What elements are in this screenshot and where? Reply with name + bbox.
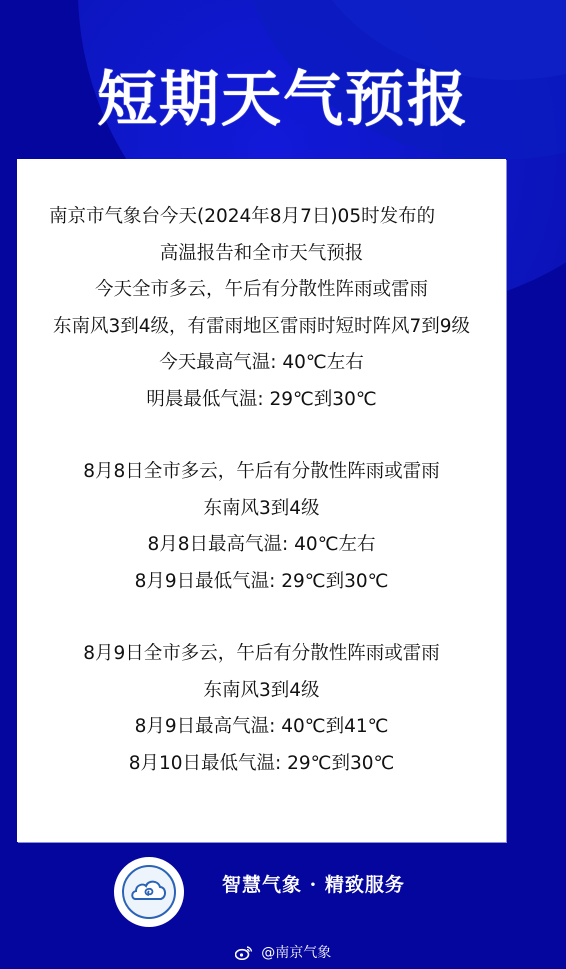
- logo-ring: [122, 865, 176, 919]
- aug8-wind: 东南风3到4级: [17, 491, 506, 528]
- weibo-icon: [235, 945, 253, 964]
- weibo-handle: @南京气象: [261, 945, 331, 961]
- spacer: [17, 600, 506, 636]
- cloud-icon: [130, 877, 168, 907]
- today-weather: 今天全市多云，午后有分散性阵雨或雷雨: [17, 272, 506, 309]
- aug10-low: 8月10日最低气温: 29℃到30℃: [17, 746, 506, 783]
- intro-line: 高温报告和全市天气预报: [17, 236, 506, 273]
- aug9-high: 8月9日最高气温: 40℃到41℃: [17, 709, 506, 746]
- slogan: 智慧气象 · 精致服务: [222, 870, 405, 897]
- aug8-high: 8月8日最高气温: 40℃左右: [17, 527, 506, 564]
- spacer: [17, 418, 506, 454]
- page-title: 短期天气预报: [0, 52, 566, 138]
- weibo-attribution: @南京气象: [0, 942, 566, 964]
- aug9-low: 8月9日最低气温: 29℃到30℃: [17, 564, 506, 601]
- forecast-card: 南京市气象台今天(2024年8月7日)05时发布的 高温报告和全市天气预报 今天…: [17, 159, 506, 842]
- today-wind: 东南风3到4级，有雷雨地区雷雨时短时阵风7到9级: [17, 309, 506, 346]
- today-high: 今天最高气温: 40℃左右: [17, 345, 506, 382]
- meteorological-bureau-logo-icon: [114, 857, 184, 927]
- aug9-wind: 东南风3到4级: [17, 673, 506, 710]
- forecast-text: 南京市气象台今天(2024年8月7日)05时发布的 高温报告和全市天气预报 今天…: [17, 199, 506, 782]
- aug9-weather: 8月9日全市多云，午后有分散性阵雨或雷雨: [17, 636, 506, 673]
- intro-line: 南京市气象台今天(2024年8月7日)05时发布的: [17, 199, 506, 236]
- aug8-weather: 8月8日全市多云，午后有分散性阵雨或雷雨: [17, 454, 506, 491]
- tomorrow-low: 明晨最低气温: 29℃到30℃: [17, 382, 506, 419]
